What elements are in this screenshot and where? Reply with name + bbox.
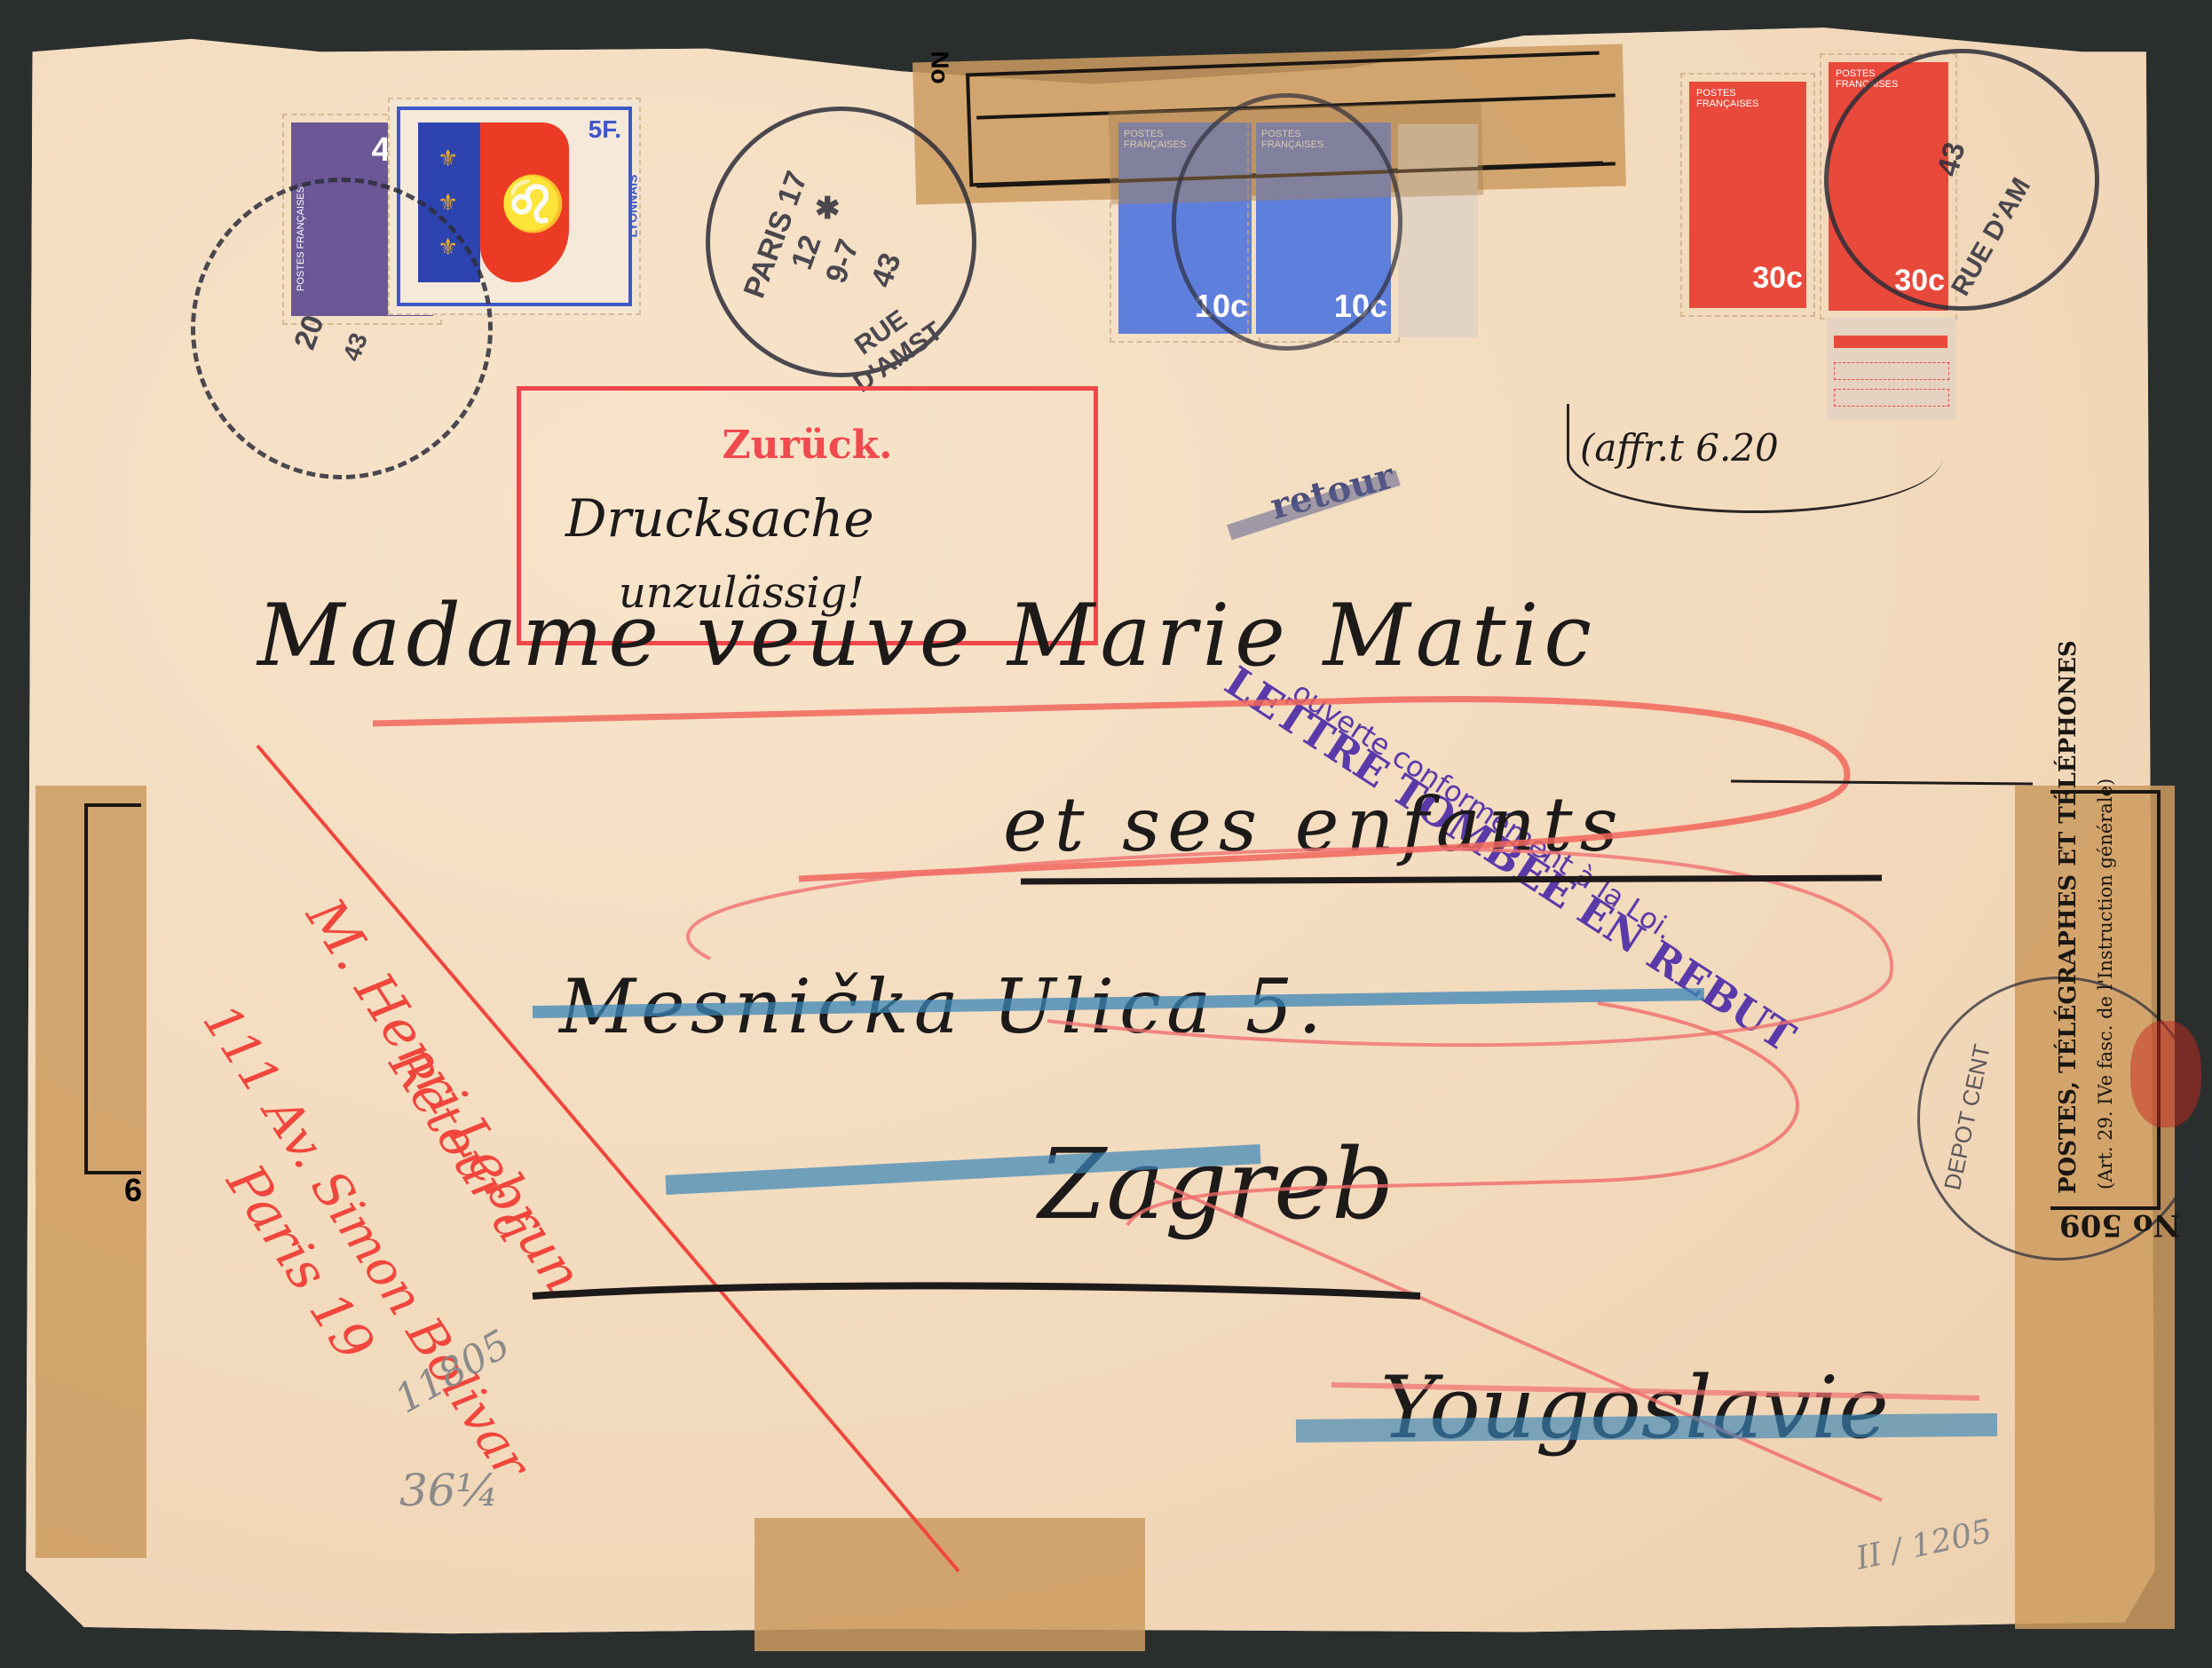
postmark-right: 43 RUE D'AM xyxy=(1824,49,2099,311)
postmark-year: 43 xyxy=(337,329,374,365)
ptt-label-title: POSTES, TÉLÉGRAPHES ET TÉLÉPHONES xyxy=(2055,640,2082,1194)
postmark-year: 43 xyxy=(865,249,909,292)
postmark-date: 20 xyxy=(288,311,332,354)
pencil-note-2: 36¼ xyxy=(399,1465,499,1516)
postmark-left: 20 43 xyxy=(191,178,493,479)
postmark-star: ✱ xyxy=(815,191,841,226)
stamp-region: LYONNAIS xyxy=(625,174,639,237)
lion-icon: ♌ xyxy=(500,172,566,235)
address-line5: Yougoslavie xyxy=(1380,1358,1889,1458)
address-line4: Zagreb xyxy=(1039,1127,1394,1241)
ptt-label-subtitle: (Art. 29. IVe fasc. de l'Instruction gén… xyxy=(2095,779,2116,1190)
stamp-mercury-30c-a: POSTES FRANÇAISES 30c xyxy=(1680,73,1815,317)
address-line2: et ses enfants xyxy=(1003,781,1625,868)
top-label-number: No xyxy=(926,51,954,83)
postmark-year: 43 xyxy=(1931,138,1972,180)
postmark-blue-stamps xyxy=(1172,93,1402,351)
address-line1: Madame veuve Marie Matic xyxy=(257,586,1597,685)
postmark-paris-17: PARIS 17 ✱ 12 9-7 43 RUE D'AMST xyxy=(706,107,976,377)
zuruck-title: Zurück. xyxy=(521,423,1094,468)
stamp-value: 30c xyxy=(1752,261,1803,296)
address-line3: Mesnička Ulica 5. xyxy=(559,963,1327,1050)
left-label-frame xyxy=(84,803,141,1174)
postage-note-ellipse xyxy=(1567,404,1942,513)
postmark-street: RUE D'AM xyxy=(1946,173,2037,301)
red-wax-smudge xyxy=(2130,1021,2201,1127)
stamp-value: 5F. xyxy=(589,115,621,144)
postmark-depot-text: DEPOT CENT xyxy=(1939,1042,1996,1193)
drucksache-text: Drucksache xyxy=(565,488,874,549)
tape-bottom xyxy=(754,1518,1145,1651)
stamp-country: POSTES FRANÇAISES xyxy=(1696,89,1767,109)
ptt-label-number: No 509 xyxy=(2059,1207,2181,1243)
left-label-number: 6 xyxy=(124,1172,142,1209)
